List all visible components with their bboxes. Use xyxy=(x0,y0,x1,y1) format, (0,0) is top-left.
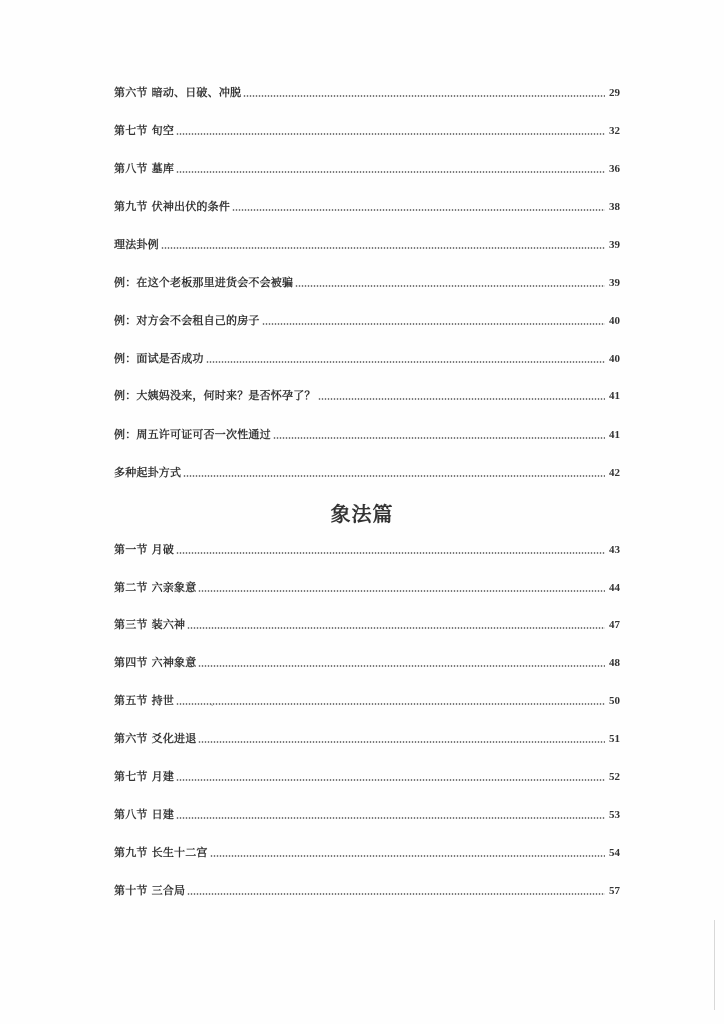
toc-leader-dots xyxy=(210,855,605,857)
toc-entry-title: 第七节 月建 xyxy=(114,770,174,784)
toc-leader-dots xyxy=(273,437,605,439)
toc-entry[interactable]: 例：周五许可证可否一次性通过 41 xyxy=(114,426,620,442)
toc-leader-dots xyxy=(187,893,605,895)
toc-entry[interactable]: 第一节 月破 43 xyxy=(114,541,620,557)
toc-entry-page: 38 xyxy=(607,200,620,214)
toc-entry-page: 41 xyxy=(607,389,620,403)
toc-entry-title: 第七节 旬空 xyxy=(114,124,174,138)
toc-entry-page: 48 xyxy=(607,656,620,670)
toc-entry-title: 第九节 伏神出伏的条件 xyxy=(114,200,230,214)
toc-entry-page: 47 xyxy=(607,618,620,632)
toc-page: 第六节 暗动、日破、冲脱 29 第七节 旬空 32 第八节 墓库 36 第九节 … xyxy=(0,0,724,1024)
toc-entry-title: 第八节 墓库 xyxy=(114,162,174,176)
toc-leader-dots xyxy=(262,323,605,325)
toc-entry-page: 32 xyxy=(607,124,620,138)
toc-leader-dots xyxy=(187,627,605,629)
toc-entry-title: 第八节 日建 xyxy=(114,808,174,822)
toc-entry[interactable]: 第四节 六神象意 48 xyxy=(114,654,620,670)
toc-entry-title: 第一节 月破 xyxy=(114,543,174,557)
toc-leader-dots xyxy=(232,209,605,211)
toc-entry[interactable]: 第十节 三合局 57 xyxy=(114,882,620,898)
toc-leader-dots xyxy=(176,133,605,135)
toc-entry-title: 理法卦例 xyxy=(114,238,159,252)
toc-leader-dots xyxy=(243,95,605,97)
toc-leader-dots xyxy=(183,475,605,477)
toc-entry[interactable]: 理法卦例 39 xyxy=(114,236,620,252)
toc-entry[interactable]: 第六节 暗动、日破、冲脱 29 xyxy=(114,84,620,100)
toc-entry-title: 例：对方会不会租自己的房子 xyxy=(114,314,260,328)
toc-leader-dots xyxy=(176,703,605,705)
toc-entry-title: 第二节 六亲象意 xyxy=(114,581,196,595)
toc-entry[interactable]: 第九节 伏神出伏的条件 38 xyxy=(114,198,620,214)
toc-entry-title: 例：面试是否成功 xyxy=(114,352,204,366)
toc-leader-dots xyxy=(295,285,605,287)
toc-entry-page: 42 xyxy=(607,466,620,480)
toc-entry[interactable]: 第七节 月建 52 xyxy=(114,768,620,784)
toc-entry[interactable]: 第五节 持世 50 xyxy=(114,692,620,708)
toc-entry[interactable]: 第三节 装六神 47 xyxy=(114,616,620,632)
toc-leader-dots xyxy=(176,552,605,554)
toc-entry-page: 40 xyxy=(607,352,620,366)
toc-entry[interactable]: 第八节 墓库 36 xyxy=(114,160,620,176)
toc-leader-dots xyxy=(198,665,605,667)
stray-pen-mark: ˎ xyxy=(210,697,215,707)
toc-entry-title: 例：周五许可证可否一次性通过 xyxy=(114,428,271,442)
toc-leader-dots xyxy=(176,171,605,173)
toc-entry[interactable]: 第八节 日建 53 xyxy=(114,806,620,822)
toc-entry-page: 57 xyxy=(607,884,620,898)
part-heading: 象法篇 xyxy=(0,498,724,527)
toc-entry[interactable]: 多种起卦方式 42 xyxy=(114,464,620,480)
toc-entry-title: 第九节 长生十二宫 xyxy=(114,846,208,860)
toc-entry-page: 53 xyxy=(607,808,620,822)
toc-entry-page: 51 xyxy=(607,732,620,746)
toc-entry-title: 第五节 持世 xyxy=(114,694,174,708)
toc-entry-page: 39 xyxy=(607,276,620,290)
toc-entry-page: 36 xyxy=(607,162,620,176)
toc-entry[interactable]: 例：在这个老板那里进货会不会被骗 39 xyxy=(114,274,620,290)
toc-entry-page: 52 xyxy=(607,770,620,784)
toc-entry[interactable]: 例：大姨妈没来，何时来？是否怀孕了？ 41 xyxy=(114,387,620,403)
toc-entry-title: 第三节 装六神 xyxy=(114,618,185,632)
toc-leader-dots xyxy=(198,590,605,592)
toc-entry-page: 50 xyxy=(607,694,620,708)
toc-entry[interactable]: 第七节 旬空 32 xyxy=(114,122,620,138)
toc-entry-title: 第六节 暗动、日破、冲脱 xyxy=(114,86,241,100)
toc-leader-dots xyxy=(161,247,605,249)
toc-leader-dots xyxy=(176,779,605,781)
toc-entry-page: 29 xyxy=(607,86,620,100)
toc-entry-title: 多种起卦方式 xyxy=(114,466,181,480)
toc-entry[interactable]: 例：面试是否成功 40 xyxy=(114,350,620,366)
toc-leader-dots xyxy=(318,398,605,400)
toc-entry[interactable]: 第二节 六亲象意 44 xyxy=(114,579,620,595)
toc-entry[interactable]: 第九节 长生十二宫 54 xyxy=(114,844,620,860)
toc-entry-title: 例：大姨妈没来，何时来？是否怀孕了？ xyxy=(114,389,316,403)
toc-entry[interactable]: 第六节 爻化进退 51 xyxy=(114,730,620,746)
toc-leader-dots xyxy=(198,741,605,743)
toc-entry-page: 44 xyxy=(607,581,620,595)
toc-entry-page: 39 xyxy=(607,238,620,252)
scan-edge-line xyxy=(714,920,715,1010)
toc-entry-page: 41 xyxy=(607,428,620,442)
toc-entry[interactable]: 例：对方会不会租自己的房子 40 xyxy=(114,312,620,328)
toc-entry-title: 第十节 三合局 xyxy=(114,884,185,898)
toc-entry-title: 第四节 六神象意 xyxy=(114,656,196,670)
toc-entry-title: 第六节 爻化进退 xyxy=(114,732,196,746)
toc-entry-page: 40 xyxy=(607,314,620,328)
toc-entry-title: 例：在这个老板那里进货会不会被骗 xyxy=(114,276,293,290)
toc-entry-page: 43 xyxy=(607,543,620,557)
toc-leader-dots xyxy=(206,361,605,363)
toc-leader-dots xyxy=(176,817,605,819)
toc-entry-page: 54 xyxy=(607,846,620,860)
